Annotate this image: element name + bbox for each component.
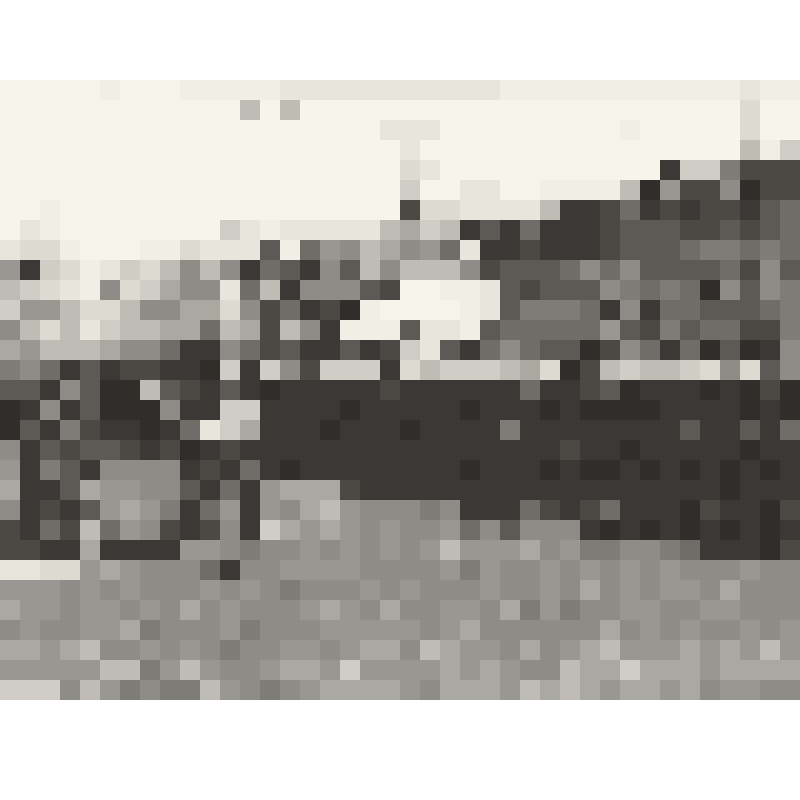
pixelated-photo	[0, 0, 800, 800]
photo-viewport	[0, 0, 800, 800]
